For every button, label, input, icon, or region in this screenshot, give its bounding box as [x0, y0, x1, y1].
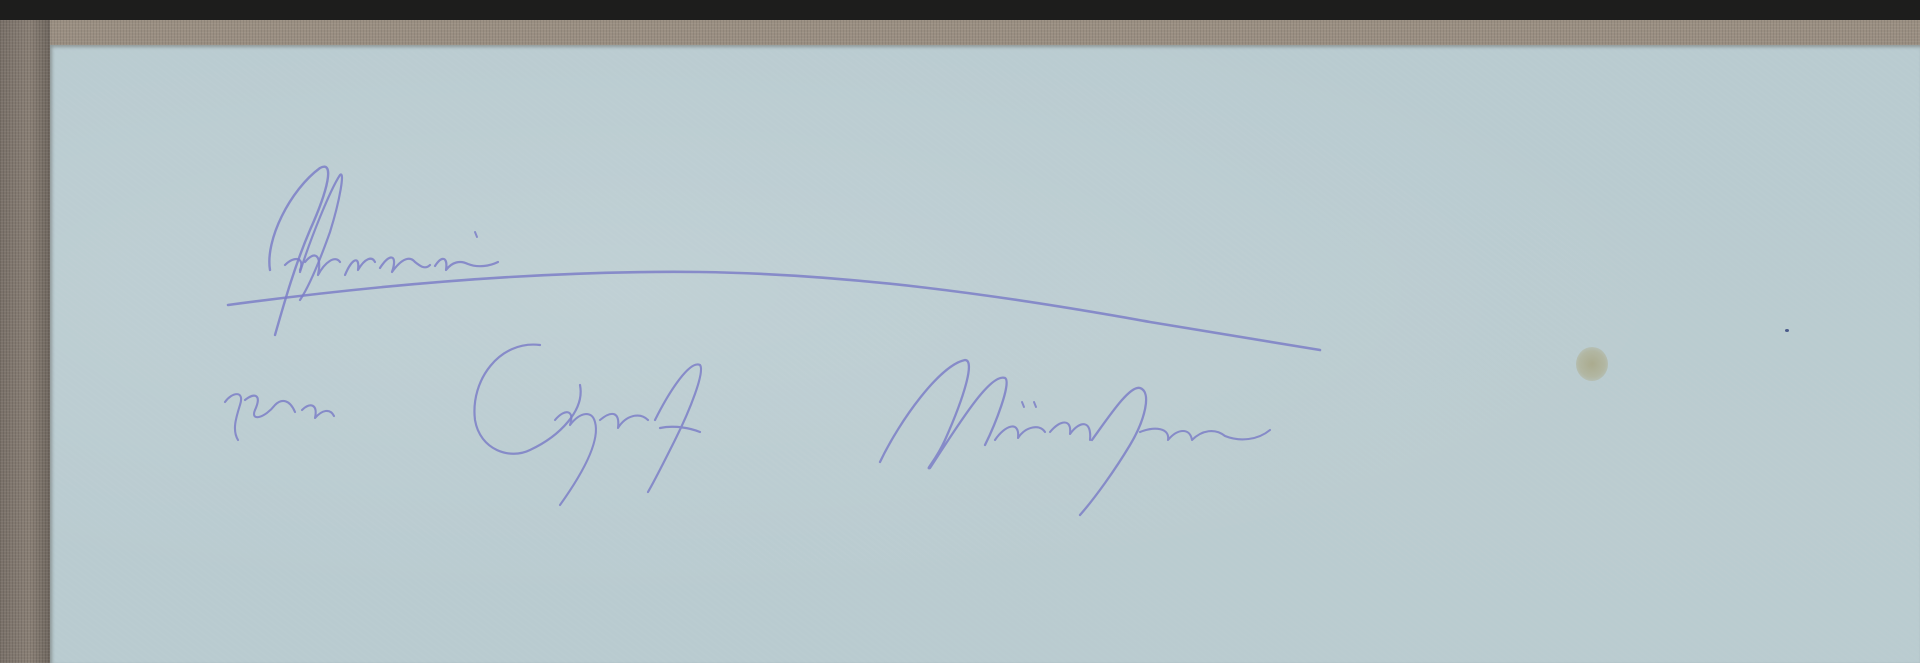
ink-speck — [1785, 329, 1789, 332]
album-cloth-binding-left — [0, 20, 50, 663]
album-photo: Souvenir von Graf Münster — [0, 0, 1920, 663]
album-page — [50, 45, 1920, 663]
paper-stain — [1576, 347, 1608, 381]
